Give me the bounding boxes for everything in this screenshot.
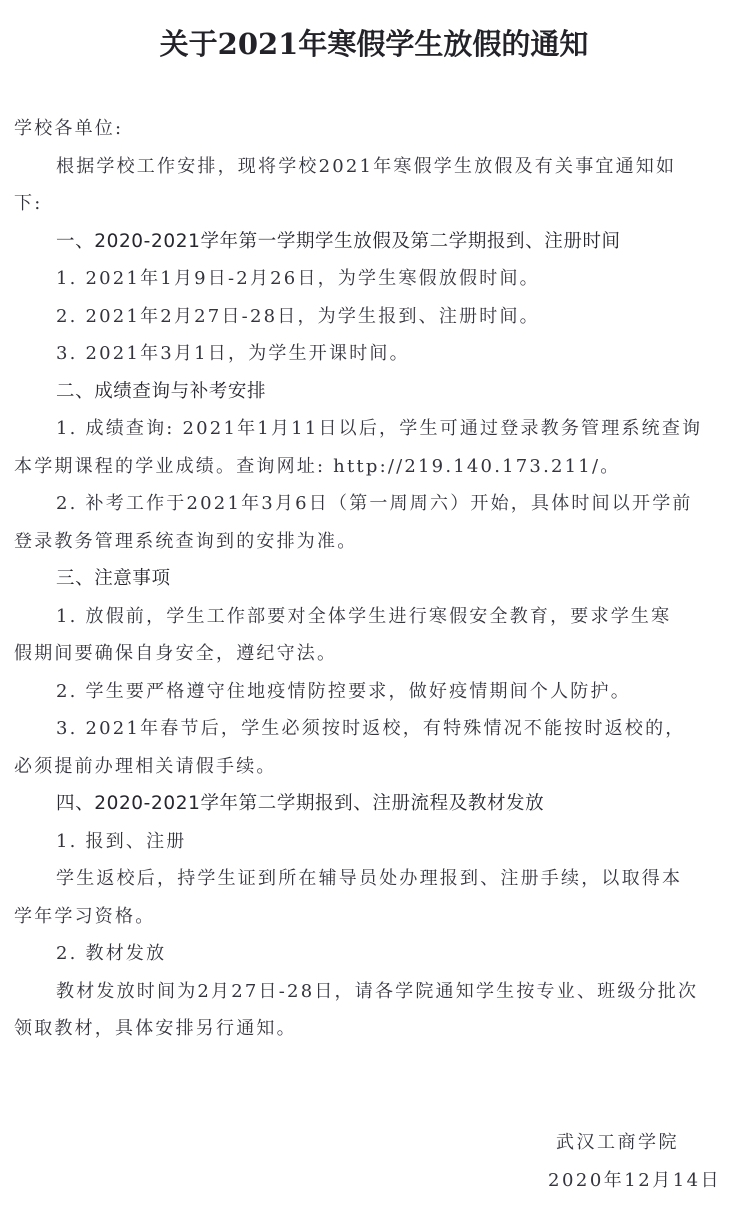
signature-block: 武汉工商学院 2020年12月14日 xyxy=(548,1124,721,1200)
section-heading-1: 一、2020-2021学年第一学期学生放假及第二学期报到、注册时间 xyxy=(14,223,714,261)
document-title: 关于2021年寒假学生放假的通知 xyxy=(0,22,748,63)
list-item-continuation: 本学期课程的学业成绩。查询网址: http://219.140.173.211/… xyxy=(14,448,714,486)
paragraph-line: 学生返校后，持学生证到所在辅导员处办理报到、注册手续，以取得本 xyxy=(14,860,714,898)
paragraph-continuation: 领取教材，具体安排另行通知。 xyxy=(14,1010,714,1048)
list-item-continuation: 假期间要确保自身安全，遵纪守法。 xyxy=(14,635,714,673)
list-item: 1. 成绩查询: 2021年1月11日以后，学生可通过登录教务管理系统查询 xyxy=(14,410,714,448)
list-item-continuation: 登录教务管理系统查询到的安排为准。 xyxy=(14,523,714,561)
list-item: 2. 补考工作于2021年3月6日（第一周周六）开始，具体时间以开学前 xyxy=(14,485,714,523)
document-body: 学校各单位: 根据学校工作安排，现将学校2021年寒假学生放假及有关事宜通知如 … xyxy=(14,110,714,1048)
intro-paragraph-line: 根据学校工作安排，现将学校2021年寒假学生放假及有关事宜通知如 xyxy=(14,148,714,186)
list-item: 3. 2021年3月1日，为学生开课时间。 xyxy=(14,335,714,373)
salutation: 学校各单位: xyxy=(14,110,714,148)
list-item: 2. 学生要严格遵守住地疫情防控要求，做好疫情期间个人防护。 xyxy=(14,673,714,711)
subsection-heading: 1. 报到、注册 xyxy=(14,823,714,861)
list-item-continuation: 必须提前办理相关请假手续。 xyxy=(14,748,714,786)
list-item: 1. 2021年1月9日-2月26日，为学生寒假放假时间。 xyxy=(14,260,714,298)
signature-organization: 武汉工商学院 xyxy=(548,1124,721,1162)
signature-date: 2020年12月14日 xyxy=(548,1162,721,1200)
paragraph-line: 教材发放时间为2月27日-28日，请各学院通知学生按专业、班级分批次 xyxy=(14,973,714,1011)
list-item: 2. 2021年2月27日-28日，为学生报到、注册时间。 xyxy=(14,298,714,336)
list-item: 1. 放假前，学生工作部要对全体学生进行寒假安全教育，要求学生寒 xyxy=(14,598,714,636)
paragraph-continuation: 学年学习资格。 xyxy=(14,898,714,936)
intro-paragraph-line: 下: xyxy=(14,185,714,223)
section-heading-4: 四、2020-2021学年第二学期报到、注册流程及教材发放 xyxy=(14,785,714,823)
section-heading-3: 三、注意事项 xyxy=(14,560,714,598)
list-item: 3. 2021年春节后，学生必须按时返校，有特殊情况不能按时返校的， xyxy=(14,710,714,748)
section-heading-2: 二、成绩查询与补考安排 xyxy=(14,373,714,411)
subsection-heading: 2. 教材发放 xyxy=(14,935,714,973)
